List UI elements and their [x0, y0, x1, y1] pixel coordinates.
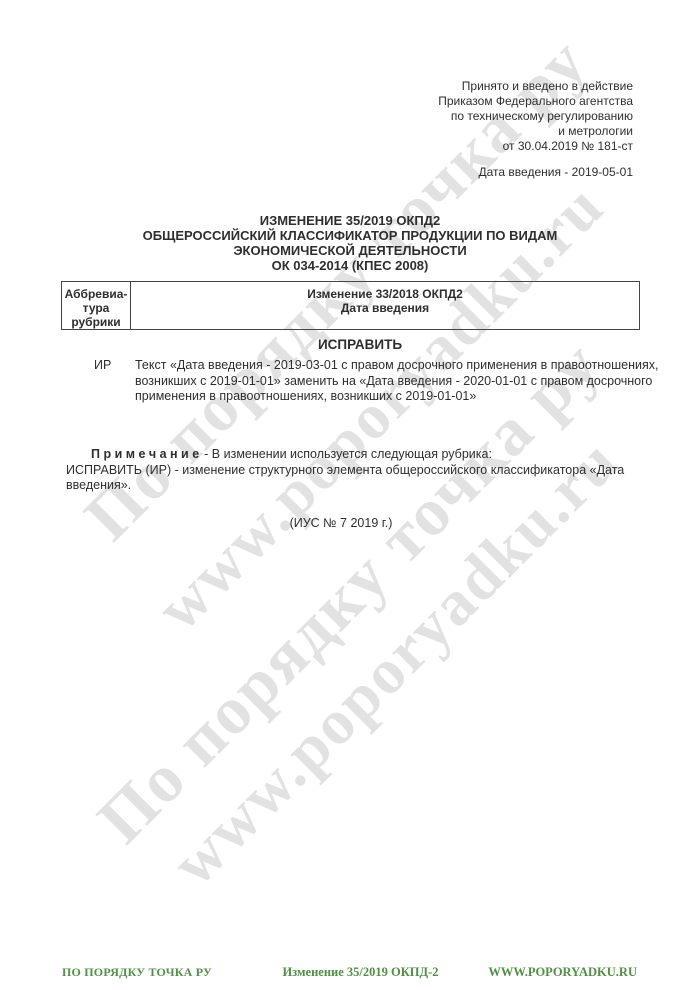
title-line: ИЗМЕНЕНИЕ 35/2019 ОКПД2 — [0, 213, 700, 228]
acceptance-line: Принято и введено в действие — [438, 79, 633, 94]
section-heading: ИСПРАВИТЬ — [10, 337, 700, 352]
amendment-line: применения в правоотношениях, возникших … — [135, 389, 659, 405]
rubric-table: Аббревиа- тура рубрики Изменение 33/2018… — [61, 281, 640, 330]
table-header-abbreviation: Аббревиа- тура рубрики — [62, 282, 131, 329]
rubric-code: ИР — [94, 358, 111, 372]
amendment-text: Текст «Дата введения - 2019-03-01 с прав… — [135, 358, 659, 405]
ius-reference: (ИУС № 7 2019 г.) — [0, 516, 682, 530]
title-line: ЭКОНОМИЧЕСКОЙ ДЕЯТЕЛЬНОСТИ — [0, 243, 700, 258]
table-cell-line: тура — [62, 301, 130, 315]
acceptance-line: и метрологии — [438, 124, 633, 139]
footer-site-url: WWW.POPORYADKU.RU — [488, 965, 637, 980]
document-title: ИЗМЕНЕНИЕ 35/2019 ОКПД2 ОБЩЕРОССИЙСКИЙ К… — [0, 213, 700, 273]
introduction-date: Дата введения - 2019-05-01 — [438, 165, 633, 180]
note-block: П р и м е ч а н и е- В изменении использ… — [66, 447, 624, 494]
title-line: ОК 034-2014 (КПЕС 2008) — [0, 258, 700, 273]
acceptance-line: по техническому регулированию — [438, 109, 633, 124]
amendment-line: Текст «Дата введения - 2019-03-01 с прав… — [135, 358, 659, 374]
table-cell-line: Дата введения — [131, 301, 639, 315]
document-page: По порядку точка ру www.poporyadku.ru По… — [0, 0, 700, 990]
note-line: введения». — [66, 478, 624, 494]
note-line: ИСПРАВИТЬ (ИР) - изменение структурного … — [66, 463, 624, 479]
table-cell-line: Изменение 33/2018 ОКПД2 — [131, 287, 639, 301]
acceptance-line: от 30.04.2019 № 181-ст — [438, 139, 633, 154]
table-cell-line: Аббревиа- — [62, 287, 130, 301]
acceptance-block: Принято и введено в действие Приказом Фе… — [438, 79, 633, 180]
note-first-line-text: - В изменении используется следующая руб… — [204, 447, 492, 461]
amendment-line: возникших с 2019-01-01» заменить на «Дат… — [135, 374, 659, 390]
acceptance-line: Приказом Федерального агентства — [438, 94, 633, 109]
note-label: П р и м е ч а н и е — [91, 447, 199, 461]
table-header-change: Изменение 33/2018 ОКПД2 Дата введения — [131, 282, 639, 329]
note-first-line: П р и м е ч а н и е- В изменении использ… — [66, 447, 624, 463]
content-layer: Принято и введено в действие Приказом Фе… — [0, 0, 700, 990]
page-footer: ПО ПОРЯДКУ ТОЧКА РУ Изменение 35/2019 ОК… — [62, 965, 637, 981]
table-cell-line: рубрики — [62, 315, 130, 329]
title-line: ОБЩЕРОССИЙСКИЙ КЛАССИФИКАТОР ПРОДУКЦИИ П… — [0, 228, 700, 243]
